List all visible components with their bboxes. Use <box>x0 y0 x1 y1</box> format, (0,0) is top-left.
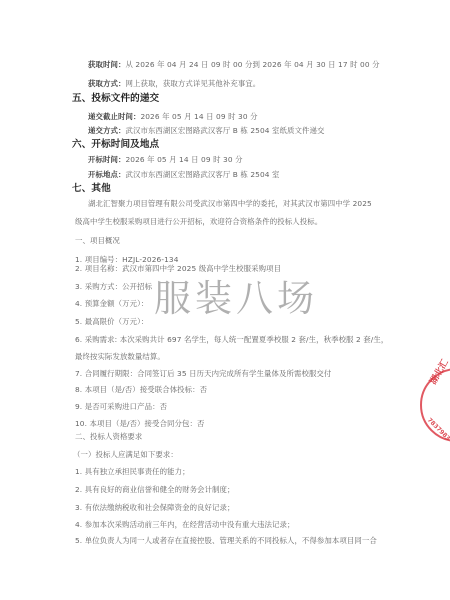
section-6-heading: 六、开标时间及地点 <box>72 139 159 151</box>
requirement-5: 5. 单位负责人为同一人或者存在直接控股、管理关系的不同投标人，不得参加本项目同… <box>75 536 377 546</box>
section-7-heading: 七、其他 <box>72 183 111 195</box>
intro-line-1: 湖北汇智聚力项目管理有限公司受武汉市第四中学的委托，对其武汉市第四中学 2025 <box>88 199 372 209</box>
qualification-heading: 二、投标人资格要求 <box>75 432 142 442</box>
requirement-1: 1. 具有独立承担民事责任的能力； <box>75 467 190 477</box>
qualification-sub: （一）投标人应满足如下要求： <box>73 450 178 460</box>
watermark: 服装八场 <box>154 268 318 322</box>
section-5-heading: 五、投标文件的递交 <box>72 93 159 105</box>
requirement-4: 4. 参加本次采购活动前三年内，在经营活动中没有重大违法记录； <box>75 520 294 530</box>
item-3: 3. 采购方式：公开招标 <box>75 282 152 292</box>
item-6: 6. 采购需求: 本次采购共计 697 名学生，每人统一配置夏季校服 2 套/生… <box>75 335 388 345</box>
value: 从 2026 年 04 月 24 日 09 时 00 分到 2026 年 04 … <box>125 60 379 69</box>
requirement-2: 2. 具有良好的商业信誉和健全的财务会计制度； <box>75 485 235 495</box>
submission-deadline: 递交截止时间：2026 年 05 月 14 日 09 时 30 分 <box>88 112 258 122</box>
value: 武汉市东西湖区宏图路武汉客厅 B 栋 2504 室 <box>125 170 279 179</box>
acquisition-method: 获取方式：网上获取，获取方式详见其他补充事宜。 <box>88 79 260 89</box>
label: 开标时间： <box>88 155 125 164</box>
label: 递交截止时间： <box>88 112 140 121</box>
value: 武汉市东西湖区宏图路武汉客厅 B 栋 2504 室纸质文件递交 <box>125 126 324 135</box>
acquisition-time: 获取时间：从 2026 年 04 月 24 日 09 时 00 分到 2026 … <box>88 60 380 70</box>
value: 2026 年 05 月 14 日 09 时 30 分 <box>125 155 242 164</box>
item-10: 10. 本项目（是/否）接受合同分包：否 <box>75 419 204 429</box>
value: 网上获取，获取方式详见其他补充事宜。 <box>125 79 260 88</box>
item-7: 7. 合同履行期限：合同签订后 35 日历天内完成所有学生量体及所需校服交付 <box>75 369 331 379</box>
overview-heading: 一、项目概况 <box>75 236 120 246</box>
opening-time: 开标时间：2026 年 05 月 14 日 09 时 30 分 <box>88 155 243 165</box>
label: 递交方式： <box>88 126 125 135</box>
intro-line-2: 级高中学生校服采购项目进行公开招标，欢迎符合资格条件的投标人投标。 <box>75 217 322 227</box>
opening-place: 开标地点：武汉市东西湖区宏图路武汉客厅 B 栋 2504 室 <box>88 170 280 180</box>
label: 开标地点： <box>88 170 125 179</box>
item-8: 8. 本项目（是/否）接受联合体投标：否 <box>75 385 207 395</box>
item-4: 4. 预算金额（万元）： <box>75 299 148 309</box>
item-9: 9. 是否可采购进口产品：否 <box>75 402 167 412</box>
label: 获取时间： <box>88 60 125 69</box>
requirement-3: 3. 有依法缴纳税收和社会保障资金的良好记录； <box>75 503 235 513</box>
value: 2026 年 05 月 14 日 09 时 30 分 <box>140 112 257 121</box>
label: 获取方式： <box>88 79 125 88</box>
submission-method: 递交方式：武汉市东西湖区宏图路武汉客厅 B 栋 2504 室纸质文件递交 <box>88 126 324 136</box>
item-6-cont: 最终按实际发放数量结算。 <box>75 352 165 362</box>
item-5: 5. 最高限价（万元）： <box>75 317 148 327</box>
